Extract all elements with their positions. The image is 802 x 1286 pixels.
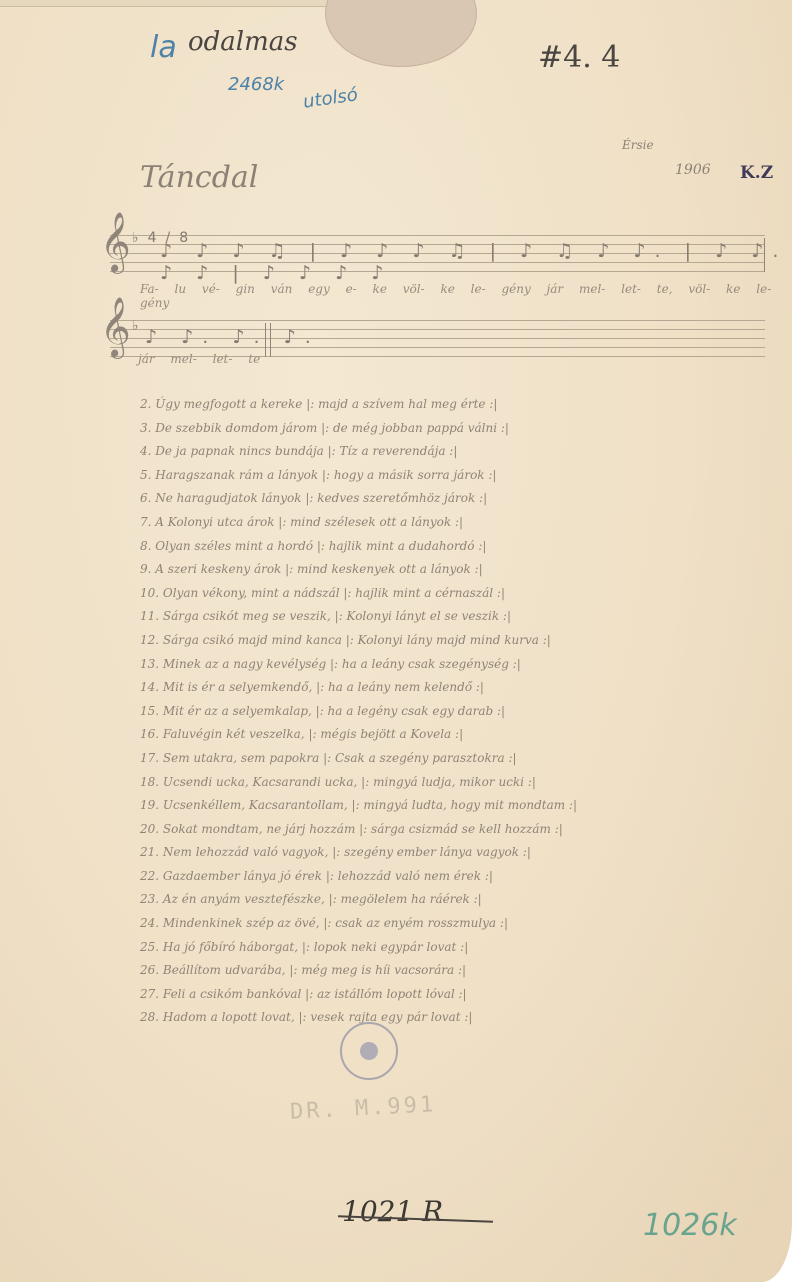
blue-scribble: la	[150, 30, 177, 65]
verse-line: 4. De ja papnak nincs bundája |: Tíz a r…	[140, 440, 680, 464]
struck-out-number: 1021 R	[342, 1195, 443, 1228]
double-barline	[265, 323, 266, 357]
verse-line: 12. Sárga csikó majd mind kanca |: Kolon…	[140, 629, 680, 653]
treble-clef-icon: 𝄞	[100, 297, 131, 358]
verse-line: 26. Beállítom udvarába, |: még meg is hí…	[140, 959, 680, 983]
verse-line: 3. De szebbik domdom járom |: de még job…	[140, 417, 680, 441]
verse-line: 22. Gazdaember lánya jó érek |: lehozzád…	[140, 865, 680, 889]
verse-line: 7. A Kolonyi utca árok |: mind szélesek …	[140, 511, 680, 535]
verse-list: 2. Úgy megfogott a kereke |: majd a szív…	[140, 393, 680, 1030]
verse-line: 9. A szeri keskeny árok |: mind keskenye…	[140, 558, 680, 582]
verse-line: 24. Mindenkinek szép az övé, |: csak az …	[140, 912, 680, 936]
verse-line: 28. Hadom a lopott lovat, |: vesek rajta…	[140, 1006, 680, 1030]
staff-1-lyrics: Fa- lu vé- gin ván egy e- ke völ- ke le-…	[140, 282, 792, 310]
collection-year: 1906	[675, 162, 711, 178]
staff-2-notes: ♪ ♪. ♪. ♪.	[145, 326, 320, 348]
verse-line: 10. Olyan vékony, mint a nádszál |: hajl…	[140, 582, 680, 606]
barline-end	[764, 238, 765, 272]
staff-1-notes: ♪ ♪ ♪ ♫ | ♪ ♪ ♪ ♫ | ♪ ♫ ♪ ♪. | ♪ ♪. ♪ ♪ …	[160, 240, 792, 284]
verse-line: 11. Sárga csikót meg se veszik, |: Kolon…	[140, 605, 680, 629]
song-title: Táncdal	[140, 160, 258, 195]
verse-line: 5. Haragszanak rám a lányok |: hogy a má…	[140, 464, 680, 488]
staff-2-lyrics: jár mel- let- te	[138, 352, 260, 366]
emblem-icon	[360, 1042, 378, 1060]
verse-line: 21. Nem lehozzád való vagyok, |: szegény…	[140, 841, 680, 865]
verse-line: 8. Olyan széles mint a hordó |: hajlik m…	[140, 535, 680, 559]
verse-line: 13. Minek az a nagy kevélység |: ha a le…	[140, 653, 680, 677]
blue-catalog-code: 2468k	[228, 74, 284, 95]
verse-line: 27. Feli a csikóm bankóval |: az istálló…	[140, 983, 680, 1007]
blue-note: utolsó	[302, 84, 359, 112]
double-barline	[270, 323, 271, 357]
verse-line: 14. Mit is ér a selyemkendő, |: ha a leá…	[140, 676, 680, 700]
verse-line: 2. Úgy megfogott a kereke |: majd a szív…	[140, 393, 680, 417]
verse-line: 17. Sem utakra, sem papokra |: Csak a sz…	[140, 747, 680, 771]
collection-place: Érsie	[622, 138, 654, 152]
collector-stamp: K.Z	[740, 163, 773, 183]
verse-line: 18. Ucsendi ucka, Kacsarandi ucka, |: mi…	[140, 771, 680, 795]
header-pencil-note: odalmas	[188, 27, 298, 57]
manuscript-page: la odalmas 2468k utolsó #4. 4 Táncdal Ér…	[0, 0, 792, 1282]
treble-clef-icon: 𝄞	[100, 212, 131, 273]
verse-line: 15. Mit ér az a selyemkalap, |: ha a leg…	[140, 700, 680, 724]
library-round-stamp	[340, 1022, 398, 1080]
verse-line: 25. Ha jó főbíró háborgat, |: lopok neki…	[140, 936, 680, 960]
paper-tab	[325, 0, 477, 67]
verse-line: 20. Sokat mondtam, ne járj hozzám |: sár…	[140, 818, 680, 842]
item-number: #4. 4	[538, 40, 620, 75]
verse-line: 16. Faluvégin két veszelka, |: mégis bej…	[140, 723, 680, 747]
verse-line: 19. Ucsenkéllem, Kacsarantollam, |: ming…	[140, 794, 680, 818]
green-catalog-number: 1026k	[643, 1208, 737, 1243]
faded-catalog-stamp: DR. M.991	[289, 1092, 436, 1125]
verse-line: 6. Ne haragudjatok lányok |: kedves szer…	[140, 487, 680, 511]
verse-line: 23. Az én anyám vesztefészke, |: megölel…	[140, 888, 680, 912]
